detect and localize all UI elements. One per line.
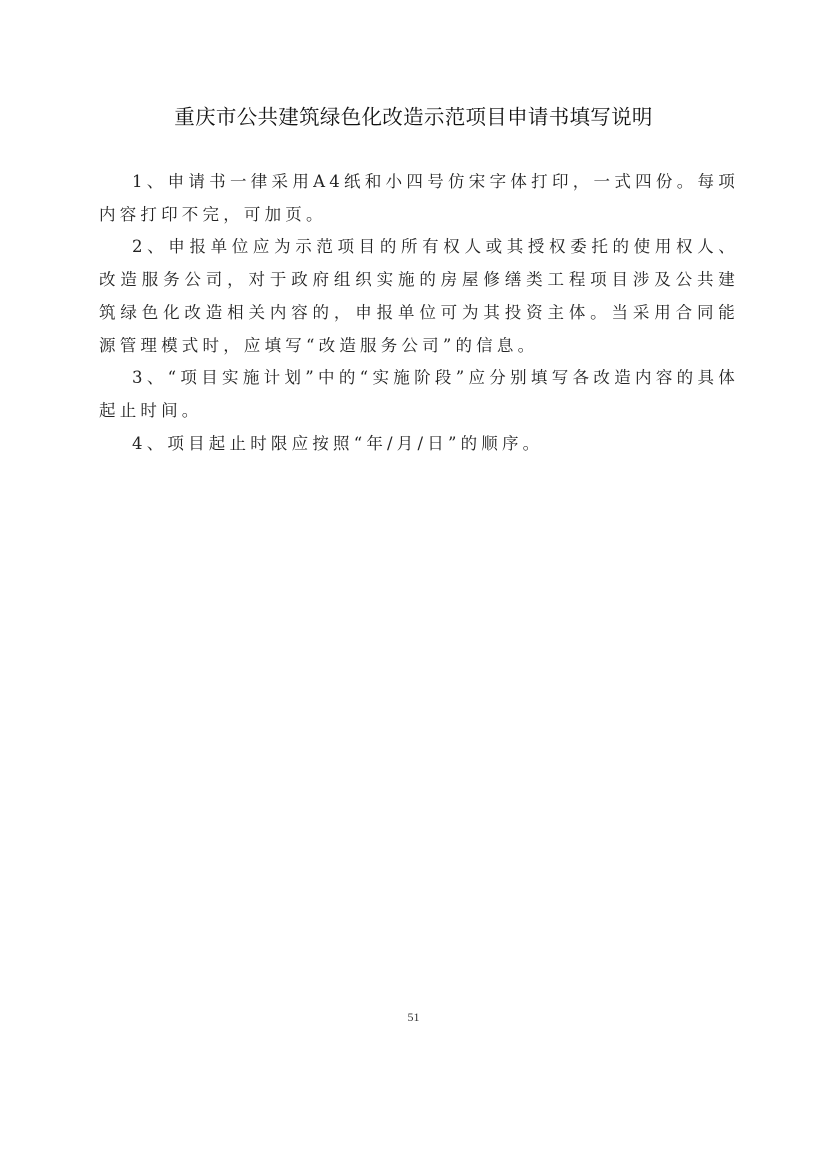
- page-number: 51: [0, 1010, 827, 1025]
- instruction-paragraph-3: 3、“项目实施计划”中的“实施阶段”应分别填写各改造内容的具体起止时间。: [99, 362, 739, 427]
- instructions-body: 1、申请书一律采用A4纸和小四号仿宋字体打印，一式四份。每项内容打印不完，可加页…: [99, 166, 739, 460]
- page-title: 重庆市公共建筑绿色化改造示范项目申请书填写说明: [0, 100, 827, 130]
- instruction-paragraph-1: 1、申请书一律采用A4纸和小四号仿宋字体打印，一式四份。每项内容打印不完，可加页…: [99, 166, 739, 231]
- document-page: 重庆市公共建筑绿色化改造示范项目申请书填写说明 1、申请书一律采用A4纸和小四号…: [0, 0, 827, 1169]
- instruction-paragraph-2: 2、申报单位应为示范项目的所有权人或其授权委托的使用权人、改造服务公司，对于政府…: [99, 231, 739, 362]
- instruction-paragraph-4: 4、项目起止时限应按照“年/月/日”的顺序。: [99, 428, 739, 461]
